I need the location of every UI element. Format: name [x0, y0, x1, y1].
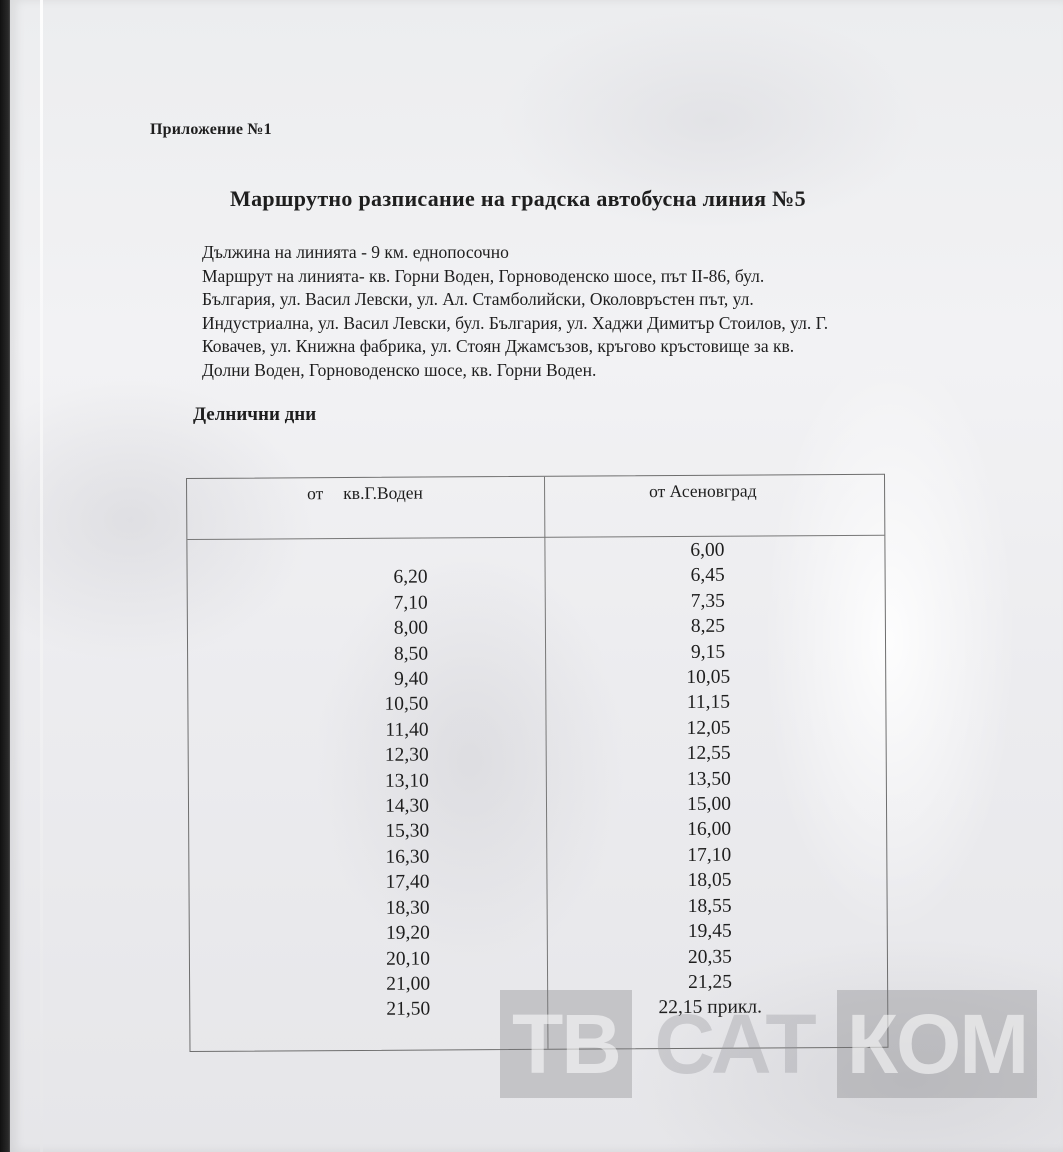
watermark: ТВ САТ КОМ	[500, 990, 1037, 1098]
route-line: Маршрут на линията- кв. Горни Воден, Гор…	[202, 265, 932, 289]
table-header-row: откв.Г.Воден от Асеновград	[187, 475, 884, 540]
header-prefix: от	[307, 483, 323, 503]
departure-time: 20,35	[610, 944, 810, 971]
watermark-part: САТ	[632, 990, 837, 1098]
departure-time: 6,00	[607, 537, 807, 564]
appendix-label: Приложение №1	[150, 121, 272, 139]
departure-time: 12,30	[349, 743, 429, 769]
departure-time: 16,00	[609, 817, 809, 844]
header-place: кв.Г.Воден	[343, 483, 423, 503]
route-line: Ковачев, ул. Книжна фабрика, ул. Стоян Д…	[202, 335, 932, 359]
departure-time: 15,30	[349, 819, 429, 845]
departure-time: 9,15	[608, 639, 808, 666]
departure-time: 16,30	[349, 844, 429, 870]
departure-time: 19,20	[350, 921, 430, 947]
departure-time: 11,15	[608, 690, 808, 717]
departure-time: 12,05	[608, 715, 808, 742]
departure-time: 20,10	[350, 946, 430, 972]
schedule-table: откв.Г.Воден от Асеновград 6,207,108,008…	[186, 474, 888, 1052]
departure-time: 6,20	[348, 565, 428, 591]
departure-time: 13,50	[609, 766, 809, 793]
departure-time: 6,45	[608, 563, 808, 590]
departure-time: 21,50	[350, 997, 430, 1023]
route-line: Индустриална, ул. Васил Левски, бул. Бъл…	[202, 312, 932, 336]
departure-time: 8,50	[348, 641, 428, 667]
departure-time: 14,30	[349, 794, 429, 820]
route-description: Дължина на линията - 9 км. еднопосочно М…	[202, 241, 932, 382]
departure-time: 7,10	[348, 590, 428, 616]
departure-time: 9,40	[348, 667, 428, 693]
header-from-asenovgrad: от Асеновград	[649, 481, 757, 503]
departure-time: 11,40	[348, 717, 428, 743]
departure-time: 18,30	[350, 895, 430, 921]
header-from-gorni-voden: откв.Г.Воден	[307, 483, 423, 505]
document-title: Маршрутно разписание на градска автобусн…	[230, 186, 806, 212]
departure-time: 13,10	[349, 768, 429, 794]
departure-time: 19,45	[610, 918, 810, 945]
watermark-part: КОМ	[837, 990, 1037, 1098]
column-divider	[544, 477, 548, 1049]
departure-time: 10,05	[608, 664, 808, 691]
paper-fold	[40, 0, 43, 1152]
departures-gorni-voden: 6,207,108,008,509,4010,5011,4012,3013,10…	[347, 540, 430, 1023]
departure-time: 17,10	[609, 842, 809, 869]
weekdays-heading: Делнични дни	[193, 404, 316, 426]
departure-time: 15,00	[609, 791, 809, 818]
departures-asenovgrad: 6,006,457,358,259,1510,0511,1512,0512,55…	[607, 537, 810, 1021]
departure-time: 17,40	[349, 870, 429, 896]
departure-time: 7,35	[608, 588, 808, 615]
departure-time: 21,00	[350, 971, 430, 997]
route-line: Долни Воден, Горноводенско шосе, кв. Гор…	[202, 359, 932, 383]
departure-time: 8,00	[348, 616, 428, 642]
route-length: Дължина на линията - 9 км. еднопосочно	[202, 241, 932, 265]
departure-time: 12,55	[609, 740, 809, 767]
departure-time: 10,50	[348, 692, 428, 718]
departure-time: 18,05	[609, 867, 809, 894]
departure-time	[347, 540, 427, 566]
departure-time: 8,25	[608, 613, 808, 640]
route-line: България, ул. Васил Левски, ул. Ал. Стам…	[202, 288, 932, 312]
watermark-part: ТВ	[500, 990, 632, 1098]
departure-time: 18,55	[610, 893, 810, 920]
